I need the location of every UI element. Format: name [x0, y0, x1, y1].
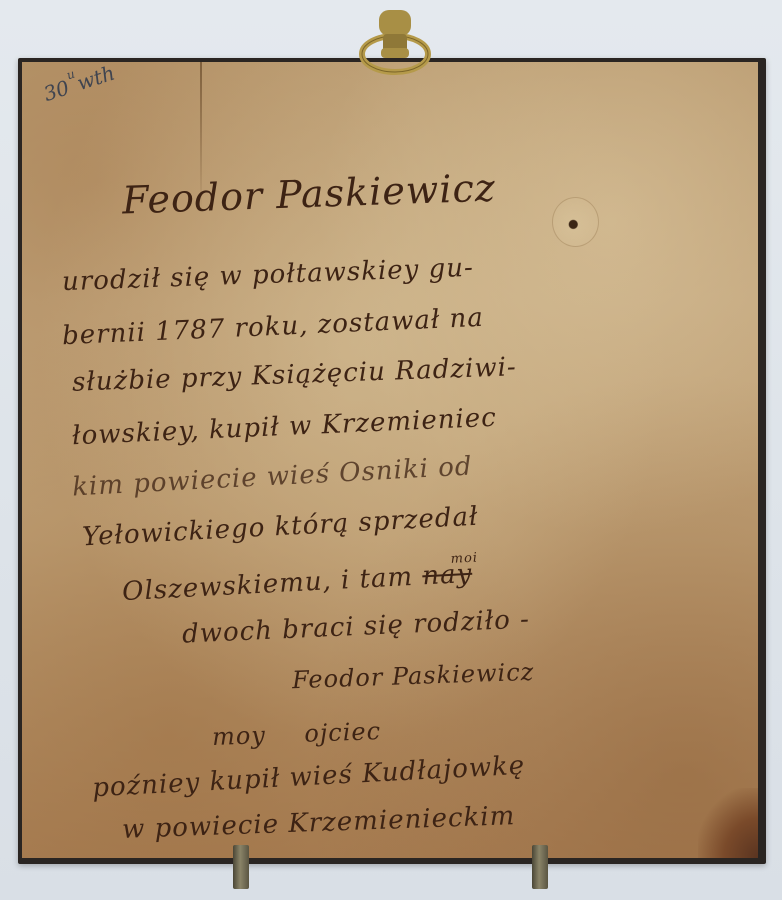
brass-ring-hanger-icon [357, 8, 433, 78]
manuscript-line: Olszewskiemu, i tam nay moi [121, 557, 509, 607]
corner-damage [698, 788, 758, 858]
pencil-suffix: wth [74, 62, 118, 95]
manuscript-signature: Feodor Paskiewicz [292, 658, 535, 694]
manuscript-line: bernii 1787 roku, zostawał na [62, 303, 485, 351]
manuscript-line: łowskiey, kupił w Krzemieniec [72, 403, 498, 452]
manuscript-line: urodził się w połtawskiey gu- [62, 253, 475, 297]
pencil-annotation: 30uwth [39, 62, 118, 106]
stand-foot-right [532, 845, 548, 889]
manuscript-line-text: Olszewskiemu, i tam [121, 562, 413, 607]
manuscript-line: kim powiecie wieś Osniki od [71, 452, 473, 503]
stand-foot-left [233, 845, 249, 889]
manuscript-line: poźniey kupił wieś Kudłajowkę [92, 751, 526, 804]
ink-stain [552, 197, 599, 247]
inserted-word: moi [450, 550, 478, 566]
manuscript-line: w powiecie Krzemienieckim [122, 801, 516, 845]
manuscript-line: dwoch braci się rodziło - [182, 604, 531, 649]
manuscript-line: moy ojciec [212, 717, 382, 751]
manuscript-title: Feodor Paskiewicz [121, 165, 496, 222]
manuscript-page: 30uwth Feodor Paskiewicz urodził się w p… [22, 62, 758, 858]
manuscript-line: Yełowickiego którą sprzedał [81, 502, 479, 553]
manuscript-line: służbie przy Książęciu Radziwi- [72, 352, 518, 398]
